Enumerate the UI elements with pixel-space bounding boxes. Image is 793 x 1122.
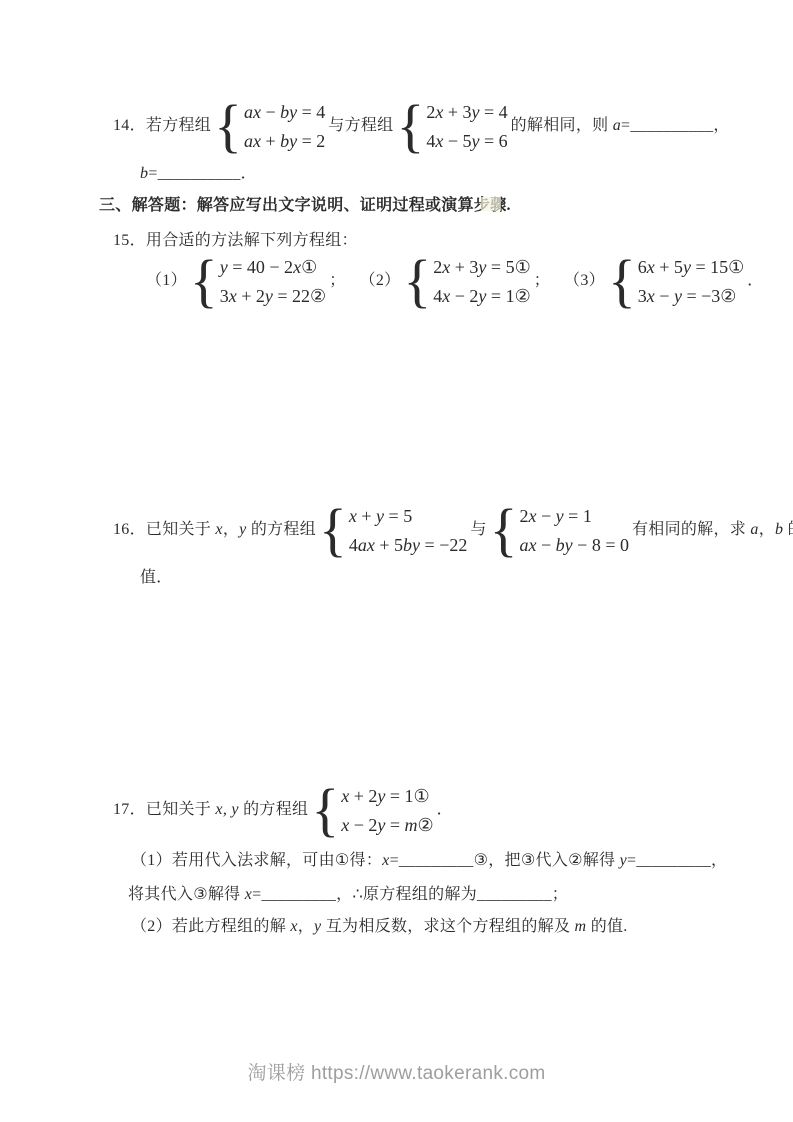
equation-lines: y = 40 − 2x① 3x + 2y = 22② <box>220 254 326 309</box>
question-16-prefix: 16．已知关于 x，y 的方程组 <box>113 518 316 542</box>
question-14-prefix: 14．若方程组 <box>113 114 211 138</box>
question-14: 14．若方程组 { ax − by = 4 ax + by = 2 与方程组 {… <box>113 92 730 160</box>
system-brace: { <box>490 500 518 559</box>
scan-artifact <box>481 197 501 211</box>
question-15-system-3: { 6x + 5y = 15① 3x − y = −3② <box>608 252 744 310</box>
equation: 4x − 5y = 6 <box>426 128 507 154</box>
question-17-part-1-line-2: 将其代入③解得 x=_________，∴原方程组的解为_________； <box>128 883 568 907</box>
equation-lines: x + 2y = 1① x − 2y = m② <box>341 783 433 838</box>
question-16-system-1: { x + y = 5 4ax + 5by = −22 <box>319 501 467 559</box>
equation-lines: 2x − y = 1 ax − by − 8 = 0 <box>520 503 629 558</box>
equation: x + 2y = 1① <box>341 783 433 809</box>
question-14-suffix-blank: 的解相同，则 a=__________， <box>511 114 730 138</box>
system-brace: { <box>396 96 424 155</box>
system-brace: { <box>214 96 242 155</box>
question-17-part-1-line-1: （1）若用代入法求解，可由①得：x=_________③，把③代入②解得 y=_… <box>131 849 727 873</box>
question-16-wrap-text: 值． <box>140 566 173 590</box>
system-brace: { <box>403 251 431 310</box>
equation: x + y = 5 <box>349 503 467 529</box>
system-brace: { <box>319 500 347 559</box>
question-15-part-3-label: （3） <box>564 269 605 293</box>
equation: 3x − y = −3② <box>638 283 744 309</box>
equation-lines: 6x + 5y = 15① 3x − y = −3② <box>638 254 744 309</box>
question-14-system-1: { ax − by = 4 ax + by = 2 <box>214 97 325 155</box>
question-15-part-1-label: （1） <box>146 269 187 293</box>
separator: ； <box>534 269 550 293</box>
question-15-part-2-label: （2） <box>360 269 401 293</box>
section-3-header: 三、解答题：解答应写出文字说明、证明过程或演算步骤. <box>99 194 511 218</box>
equation: 4x − 2y = 1② <box>433 283 530 309</box>
equation: ax − by − 8 = 0 <box>520 532 629 558</box>
question-17-prefix: 17．已知关于 x, y 的方程组 <box>113 798 308 822</box>
equation-lines: 2x + 3y = 5① 4x − 2y = 1② <box>433 254 530 309</box>
equation: 4ax + 5by = −22 <box>349 532 467 558</box>
equation: 6x + 5y = 15① <box>638 254 744 280</box>
equation: y = 40 − 2x① <box>220 254 326 280</box>
question-16-mid: 与 <box>470 518 486 542</box>
system-brace: { <box>190 251 218 310</box>
equation-lines: ax − by = 4 ax + by = 2 <box>244 99 325 154</box>
equation: 2x − y = 1 <box>520 503 629 529</box>
footer-watermark: 淘课榜 https://www.taokerank.com <box>0 1058 793 1085</box>
equation: x − 2y = m② <box>341 812 433 838</box>
equation: 3x + 2y = 22② <box>220 283 326 309</box>
question-17-system: { x + 2y = 1① x − 2y = m② <box>311 781 433 839</box>
separator: ； <box>329 269 345 293</box>
question-17-period: ． <box>437 798 453 822</box>
question-14-system-2: { 2x + 3y = 4 4x − 5y = 6 <box>396 97 507 155</box>
question-16-suffix: 有相同的解，求 a，b 的 <box>632 518 793 542</box>
question-15-systems: （1） { y = 40 − 2x① 3x + 2y = 22② ； （2） {… <box>146 250 764 312</box>
question-17-part-2: （2）若此方程组的解 x，y 互为相反数，求这个方程组的解及 m 的值. <box>131 915 628 939</box>
question-17: 17．已知关于 x, y 的方程组 { x + 2y = 1① x − 2y =… <box>113 778 453 842</box>
equation-lines: 2x + 3y = 4 4x − 5y = 6 <box>426 99 507 154</box>
equation: ax + by = 2 <box>244 128 325 154</box>
separator: ． <box>747 269 763 293</box>
system-brace: { <box>608 251 636 310</box>
question-15-system-2: { 2x + 3y = 5① 4x − 2y = 1② <box>403 252 530 310</box>
system-brace: { <box>311 780 339 839</box>
equation: ax − by = 4 <box>244 99 325 125</box>
equation-lines: x + y = 5 4ax + 5by = −22 <box>349 503 467 558</box>
question-15-system-1: { y = 40 − 2x① 3x + 2y = 22② <box>190 252 326 310</box>
equation: 2x + 3y = 4 <box>426 99 507 125</box>
worksheet-page: 14．若方程组 { ax − by = 4 ax + by = 2 与方程组 {… <box>0 0 793 1122</box>
question-16: 16．已知关于 x，y 的方程组 { x + y = 5 4ax + 5by =… <box>113 496 793 564</box>
question-14-blank-b: b=__________． <box>140 162 257 186</box>
equation: 2x + 3y = 5① <box>433 254 530 280</box>
question-14-mid: 与方程组 <box>328 114 393 138</box>
question-16-system-2: { 2x − y = 1 ax − by − 8 = 0 <box>490 501 629 559</box>
